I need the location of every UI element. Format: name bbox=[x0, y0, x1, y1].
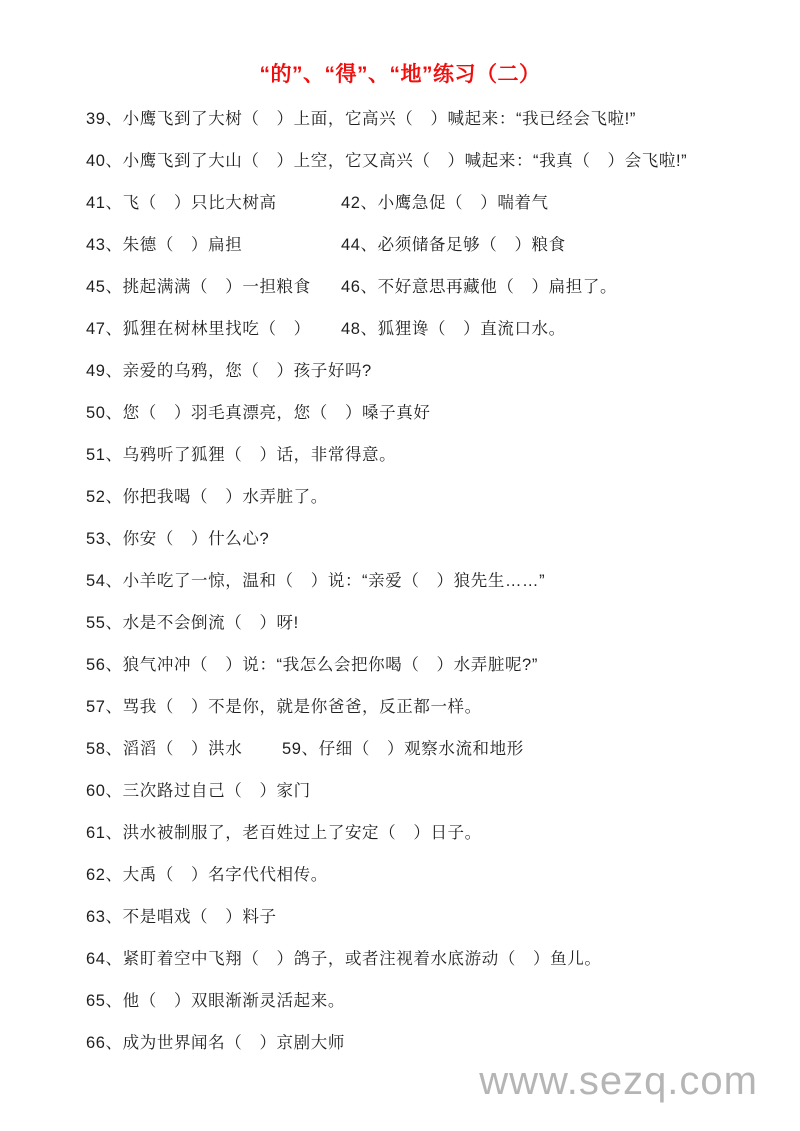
exercise-item-44: 44、必须储备足够（ ）粮食 bbox=[341, 231, 566, 255]
exercise-row-55: 55、水是不会倒流（ ）呀! bbox=[86, 600, 770, 642]
exercise-item-65: 65、他（ ）双眼渐渐灵活起来。 bbox=[86, 987, 345, 1011]
exercise-row-43-44: 43、朱德（ ）扁担44、必须储备足够（ ）粮食 bbox=[86, 222, 770, 264]
exercise-row-53: 53、你安（ ）什么心? bbox=[86, 516, 770, 558]
exercise-row-39: 39、小鹰飞到了大树（ ）上面，它高兴（ ）喊起来：“我已经会飞啦!” bbox=[86, 96, 770, 138]
exercise-row-62: 62、大禹（ ）名字代代相传。 bbox=[86, 852, 770, 894]
exercise-item-56: 56、狼气冲冲（ ）说：“我怎么会把你喝（ ）水弄脏呢?” bbox=[86, 651, 538, 675]
exercise-item-64: 64、紧盯着空中飞翔（ ）鸽子，或者注视着水底游动（ ）鱼儿。 bbox=[86, 945, 601, 969]
exercise-row-54: 54、小羊吃了一惊，温和（ ）说：“亲爱（ ）狼先生……” bbox=[86, 558, 770, 600]
exercise-item-39: 39、小鹰飞到了大树（ ）上面，它高兴（ ）喊起来：“我已经会飞啦!” bbox=[86, 105, 636, 129]
exercise-row-61: 61、洪水被制服了，老百姓过上了安定（ ）日子。 bbox=[86, 810, 770, 852]
exercise-item-41: 41、飞（ ）只比大树高 bbox=[86, 189, 341, 213]
worksheet-title: “的”、“得”、“地”练习（二） bbox=[0, 62, 800, 88]
exercise-row-58-59: 58、滔滔（ ）洪水59、仔细（ ）观察水流和地形 bbox=[86, 726, 770, 768]
exercise-row-51: 51、乌鸦听了狐狸（ ）话，非常得意。 bbox=[86, 432, 770, 474]
exercise-row-56: 56、狼气冲冲（ ）说：“我怎么会把你喝（ ）水弄脏呢?” bbox=[86, 642, 770, 684]
exercise-item-63: 63、不是唱戏（ ）料子 bbox=[86, 903, 277, 927]
exercise-item-51: 51、乌鸦听了狐狸（ ）话，非常得意。 bbox=[86, 441, 396, 465]
exercise-item-61: 61、洪水被制服了，老百姓过上了安定（ ）日子。 bbox=[86, 819, 482, 843]
exercise-row-50: 50、您（ ）羽毛真漂亮，您（ ）嗓子真好 bbox=[86, 390, 770, 432]
exercise-row-64: 64、紧盯着空中飞翔（ ）鸽子，或者注视着水底游动（ ）鱼儿。 bbox=[86, 936, 770, 978]
watermark: www.sezq.com bbox=[479, 1061, 758, 1101]
exercise-item-58: 58、滔滔（ ）洪水 bbox=[86, 735, 282, 759]
exercise-list: 39、小鹰飞到了大树（ ）上面，它高兴（ ）喊起来：“我已经会飞啦!” 40、小… bbox=[0, 96, 800, 1062]
exercise-row-52: 52、你把我喝（ ）水弄脏了。 bbox=[86, 474, 770, 516]
exercise-item-52: 52、你把我喝（ ）水弄脏了。 bbox=[86, 483, 328, 507]
exercise-item-60: 60、三次路过自己（ ）家门 bbox=[86, 777, 311, 801]
exercise-row-45-46: 45、挑起满满（ ）一担粮食46、不好意思再藏他（ ）扁担了。 bbox=[86, 264, 770, 306]
exercise-item-48: 48、狐狸谗（ ）直流口水。 bbox=[341, 315, 566, 339]
exercise-item-45: 45、挑起满满（ ）一担粮食 bbox=[86, 273, 341, 297]
exercise-row-66: 66、成为世界闻名（ ）京剧大师 bbox=[86, 1020, 770, 1062]
exercise-row-65: 65、他（ ）双眼渐渐灵活起来。 bbox=[86, 978, 770, 1020]
exercise-item-53: 53、你安（ ）什么心? bbox=[86, 525, 269, 549]
exercise-row-47-48: 47、狐狸在树林里找吃（ ）48、狐狸谗（ ）直流口水。 bbox=[86, 306, 770, 348]
exercise-item-59: 59、仔细（ ）观察水流和地形 bbox=[282, 735, 524, 759]
exercise-row-60: 60、三次路过自己（ ）家门 bbox=[86, 768, 770, 810]
exercise-row-57: 57、骂我（ ）不是你，就是你爸爸，反正都一样。 bbox=[86, 684, 770, 726]
exercise-row-40: 40、小鹰飞到了大山（ ）上空，它又高兴（ ）喊起来：“我真（ ）会飞啦!” bbox=[86, 138, 770, 180]
exercise-item-54: 54、小羊吃了一惊，温和（ ）说：“亲爱（ ）狼先生……” bbox=[86, 567, 545, 591]
exercise-item-46: 46、不好意思再藏他（ ）扁担了。 bbox=[341, 273, 617, 297]
exercise-item-42: 42、小鹰急促（ ）喘着气 bbox=[341, 189, 549, 213]
exercise-item-55: 55、水是不会倒流（ ）呀! bbox=[86, 609, 299, 633]
exercise-item-50: 50、您（ ）羽毛真漂亮，您（ ）嗓子真好 bbox=[86, 399, 430, 423]
exercise-item-62: 62、大禹（ ）名字代代相传。 bbox=[86, 861, 328, 885]
exercise-item-49: 49、亲爱的乌鸦，您（ ）孩子好吗? bbox=[86, 357, 372, 381]
exercise-row-41-42: 41、飞（ ）只比大树高42、小鹰急促（ ）喘着气 bbox=[86, 180, 770, 222]
exercise-row-63: 63、不是唱戏（ ）料子 bbox=[86, 894, 770, 936]
exercise-item-43: 43、朱德（ ）扁担 bbox=[86, 231, 341, 255]
exercise-row-49: 49、亲爱的乌鸦，您（ ）孩子好吗? bbox=[86, 348, 770, 390]
worksheet-page: “的”、“得”、“地”练习（二） 39、小鹰飞到了大树（ ）上面，它高兴（ ）喊… bbox=[0, 0, 800, 1131]
exercise-item-66: 66、成为世界闻名（ ）京剧大师 bbox=[86, 1029, 345, 1053]
exercise-item-40: 40、小鹰飞到了大山（ ）上空，它又高兴（ ）喊起来：“我真（ ）会飞啦!” bbox=[86, 147, 687, 171]
exercise-item-47: 47、狐狸在树林里找吃（ ） bbox=[86, 315, 341, 339]
exercise-item-57: 57、骂我（ ）不是你，就是你爸爸，反正都一样。 bbox=[86, 693, 482, 717]
